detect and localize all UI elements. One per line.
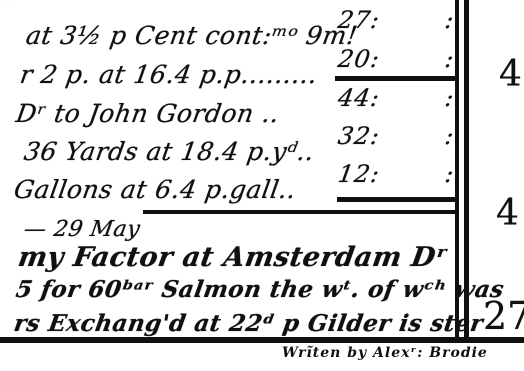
amount-column: 27: :: [336, 6, 452, 34]
margin-figure: 27: [483, 294, 524, 338]
date-divider-rule: [143, 210, 456, 214]
scribe-attribution: Wrĩten by Alexʳ: Brodie: [282, 345, 488, 361]
entry-sum-rule: [337, 197, 456, 202]
amount-value: 32:: [336, 122, 382, 150]
ledger-line-text: rs Exchang'd at 22ᵈ p Gilder is ster: [12, 310, 485, 337]
amount-column: 44: :: [336, 84, 452, 112]
amount-column: 12: :: [336, 160, 452, 188]
money-column-rule-inner: [455, 0, 459, 341]
ledger-page-scan: '' at 3½ p Cent cont:ᵐᵒ 9m! 27: : r 2 p.…: [0, 0, 524, 371]
amount-value: 44:: [336, 84, 382, 112]
amount-value: 20:: [336, 45, 382, 73]
margin-figure: 4: [496, 193, 519, 234]
page-bottom-rule: [0, 337, 524, 343]
amount-column: 32: :: [336, 122, 452, 150]
amount-value: 27:: [336, 6, 382, 34]
entry-sum-rule: [335, 76, 456, 81]
money-column-rule-outer: [464, 0, 469, 341]
amount-value: 12:: [336, 160, 382, 188]
margin-figure: 4: [499, 54, 522, 95]
amount-column: 20: :: [336, 45, 452, 73]
